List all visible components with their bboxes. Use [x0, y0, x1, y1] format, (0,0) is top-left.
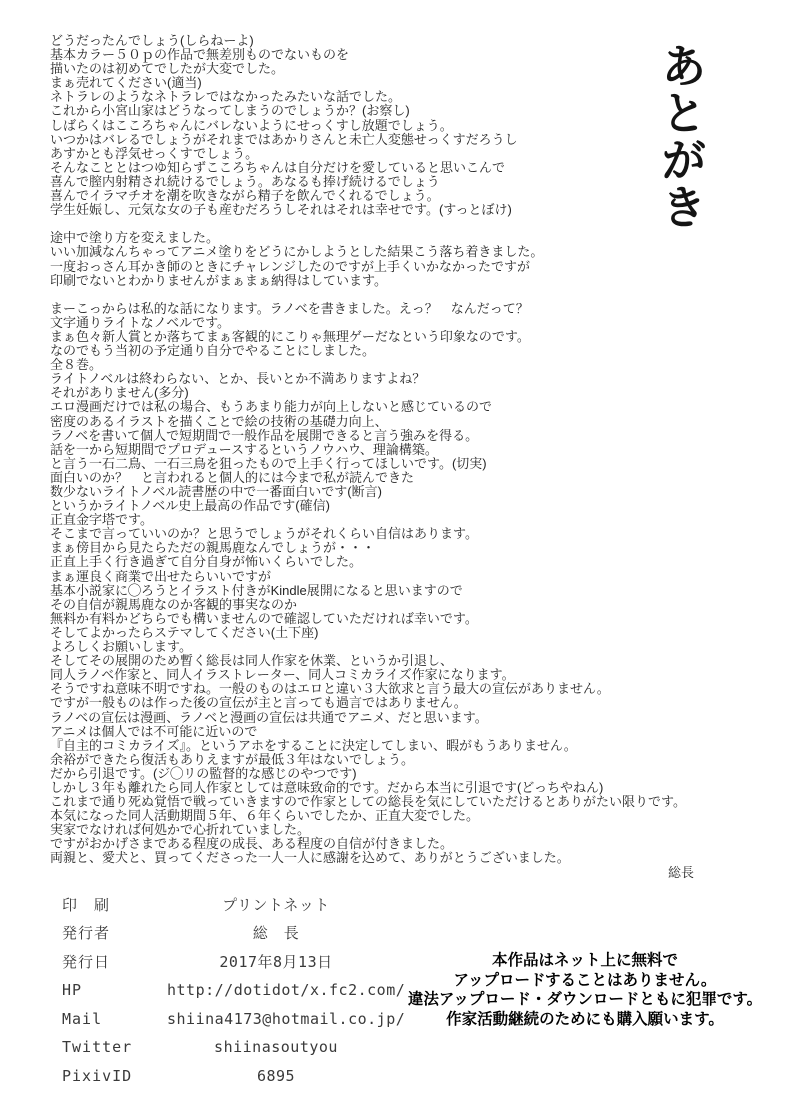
colophon-label: 発行日: [62, 951, 167, 972]
text-line: 学生妊娠し、元気な女の子も産むだろうしそれはそれは幸せです。(すっとぼけ): [50, 203, 756, 217]
colophon-row: HPhttp://dotidot/x.fc2.com/: [62, 976, 385, 1005]
text-line: そしてよかったらステマしてください(土下座): [50, 626, 756, 640]
text-line: 正直上手く行き過ぎて自分自身が怖いくらいでした。: [50, 555, 756, 569]
text-line: エロ漫画だけでは私の場合、もうあまり能力が向上しないと感じているので: [50, 400, 756, 414]
colophon-label: 印 刷: [62, 894, 167, 915]
text-line: 基本カラー５０ｐの作品で無差別ものでないものを: [50, 48, 756, 62]
text-line: ラノベを書いて個人で短期間で一般作品を展開できると言う強みを得る。: [50, 429, 756, 443]
text-line: というかライトノベル史上最高の作品です(確信): [50, 499, 756, 513]
colophon-row: Twittershiinasoutyou: [62, 1033, 385, 1062]
text-line: まぁ運良く商業で出せたらいいですが: [50, 570, 756, 584]
text-line: 印刷でないとわかりませんがまぁまぁ納得はしています。: [50, 274, 756, 288]
afterword-text: どうだったんでしょう(しらねーよ)基本カラー５０ｐの作品で無差別ものでないものを…: [50, 34, 756, 880]
colophon-label: 発行者: [62, 922, 167, 943]
text-line: [50, 217, 756, 231]
text-line: 余裕ができたら復活もありえますが最低３年はないでしょう。: [50, 753, 756, 767]
text-line: ですが一般ものは作った後の宣伝が主と言っても過言ではありません。: [50, 696, 756, 710]
colophon-row: 発行者総 長: [62, 919, 385, 948]
text-line: 描いたのは初めてでしたが大変でした。: [50, 62, 756, 76]
text-line: [50, 288, 756, 302]
text-line: 『自主的コミカライズ』。というアホをすることに決定してしまい、暇がもうありません…: [50, 739, 756, 753]
colophon-value: 2017年8月13日: [167, 951, 385, 972]
colophon-row: Mailshiina4173@hotmail.co.jp/: [62, 1004, 385, 1033]
colophon: 印 刷プリントネット発行者総 長発行日2017年8月13日HPhttp://do…: [62, 890, 385, 1090]
text-line: 無料か有料かどちらでも構いませんので確認していただければ幸いです。: [50, 612, 756, 626]
text-line: と言う一石二鳥、一石三鳥を狙ったもので上手く行ってほしいです。(切実): [50, 457, 756, 471]
text-line: まぁ売れてください(適当): [50, 76, 756, 90]
text-line: 全８巻。: [50, 358, 756, 372]
colophon-value: プリントネット: [167, 894, 385, 915]
text-line: よろしくお願いします。: [50, 640, 756, 654]
text-line: その自信が親馬鹿なのか客観的事実なのか: [50, 598, 756, 612]
text-line: これから小宮山家はどうなってしまうのでしょうか？(お察し): [50, 104, 756, 118]
text-line: 実家でなければ何処かで心折れていました。: [50, 823, 756, 837]
text-line: まぁ色々新人賞とか落ちてまぁ客観的にこりゃ無理ゲーだなという印象なのです。: [50, 330, 756, 344]
text-line: あすかとも浮気せっくすでしょう。: [50, 147, 756, 161]
text-line: 基本小説家に◯ろうとイラスト付きがKindle展開になると思いますので: [50, 584, 756, 598]
colophon-label: PixivID: [62, 1067, 167, 1085]
text-line: ですがおかげさまである程度の成長、ある程度の自信が付きました。: [50, 837, 756, 851]
text-line: まぁ傍目から見たらただの親馬鹿なんでしょうが・・・: [50, 541, 756, 555]
text-line: まーこっからは私的な話になります。ラノベを書きました。えっ？ なんだって？: [50, 302, 756, 316]
text-line: どうだったんでしょう(しらねーよ): [50, 34, 756, 48]
text-line: ライトノベルは終わらない、とか、長いとか不満ありますよね？: [50, 372, 756, 386]
notice-line: 本作品はネット上に無料で: [385, 951, 785, 971]
text-line: 一度おっさん耳かき師のときにチャレンジしたのですが上手くいかなかったですが: [50, 260, 756, 274]
text-line: アニメは個人では不可能に近いので: [50, 725, 756, 739]
text-line: ラノベの宣伝は漫画、ラノベと漫画の宣伝は共通でアニメ、だと思います。: [50, 711, 756, 725]
colophon-row: 発行日2017年8月13日: [62, 947, 385, 976]
notice-line: 作家活動継続のためにも購入願います。: [385, 1010, 785, 1030]
text-line: 数少ないライトノベル読書歴の中で一番面白いです(断言): [50, 485, 756, 499]
text-line: しばらくはこころちゃんにバレないようにせっくすし放題でしょう。: [50, 119, 756, 133]
text-line: 正直金字塔です。: [50, 513, 756, 527]
text-line: 途中で塗り方を変えました。: [50, 231, 756, 245]
text-line: 喜んで膣内射精され続けるでしょう。あなるも捧げ続けるでしょう: [50, 175, 756, 189]
text-line: そうですね意味不明ですね。一般のものはエロと違い３大欲求と言う最大の宣伝がありま…: [50, 682, 756, 696]
notice-line: アップロードすることはありません。: [385, 971, 785, 991]
notice-line: 違法アップロード・ダウンロードともに犯罪です。: [385, 990, 785, 1010]
colophon-label: Mail: [62, 1010, 167, 1028]
colophon-label: Twitter: [62, 1038, 167, 1056]
text-line: ネトラレのようなネトラレではなかったみたいな話でした。: [50, 90, 756, 104]
piracy-notice: 本作品はネット上に無料でアップロードすることはありません。違法アップロード・ダウ…: [385, 951, 785, 1029]
text-line: 両親と、愛犬と、買ってくださった一人一人に感謝を込めて、ありがとうございました。: [50, 851, 756, 865]
text-line: 喜んでイラマチオを潮を吹きながら精子を飲んでくれるでしょう。: [50, 189, 756, 203]
text-line: なのでもう当初の予定通り自分でやることにしました。: [50, 344, 756, 358]
text-line: 文字通りライトなノベルです。: [50, 316, 756, 330]
colophon-row: 印 刷プリントネット: [62, 890, 385, 919]
signature: 総長: [50, 866, 756, 880]
text-line: 本気になった同人活動期間５年、６年くらいでしたか、正直大変でした。: [50, 809, 756, 823]
afterword-page: あとがき どうだったんでしょう(しらねーよ)基本カラー５０ｐの作品で無差別もので…: [0, 0, 800, 1119]
text-line: だから引退です。(ジ◯リの監督的な感じのやつです): [50, 767, 756, 781]
colophon-value: 6895: [167, 1067, 385, 1085]
text-line: しかし３年も離れたら同人作家としては意味致命的です。だから本当に引退です(どっち…: [50, 781, 756, 795]
text-line: 面白いのか？ と言われると個人的には今まで私が読んできた: [50, 471, 756, 485]
text-line: いい加減なんちゃってアニメ塗りをどうにかしようとした結果こう落ち着きました。: [50, 245, 756, 259]
text-line: そんなこととはつゆ知らずこころちゃんは自分だけを愛していると思いこんで: [50, 161, 756, 175]
colophon-row: PixivID6895: [62, 1062, 385, 1091]
colophon-value: shiina4173@hotmail.co.jp/: [167, 1010, 385, 1028]
text-line: 密度のあるイラストを描くことで絵の技術の基礎力向上、: [50, 415, 756, 429]
text-line: そこまで言っていいのか？と思うでしょうがそれくらい自信はあります。: [50, 527, 756, 541]
text-line: それがありません(多分): [50, 386, 756, 400]
text-line: そしてその展開のため暫く総長は同人作家を休業、というか引退し、: [50, 654, 756, 668]
text-line: 同人ラノベ作家と、同人イラストレーター、同人コミカライズ作家になります。: [50, 668, 756, 682]
colophon-value: 総 長: [167, 922, 385, 943]
colophon-label: HP: [62, 981, 167, 999]
text-line: これまで通り死ぬ覚悟で戦っていきますので作家としての総長を気にしていただけるとあ…: [50, 795, 756, 809]
colophon-value: shiinasoutyou: [167, 1038, 385, 1056]
text-line: 話を一から短期間でプロデュースするというノウハウ、理論構築。: [50, 443, 756, 457]
text-line: いつかはバレるでしょうがそれまではあかりさんと未亡人変態せっくすだろうし: [50, 133, 756, 147]
colophon-value: http://dotidot/x.fc2.com/: [167, 981, 385, 999]
